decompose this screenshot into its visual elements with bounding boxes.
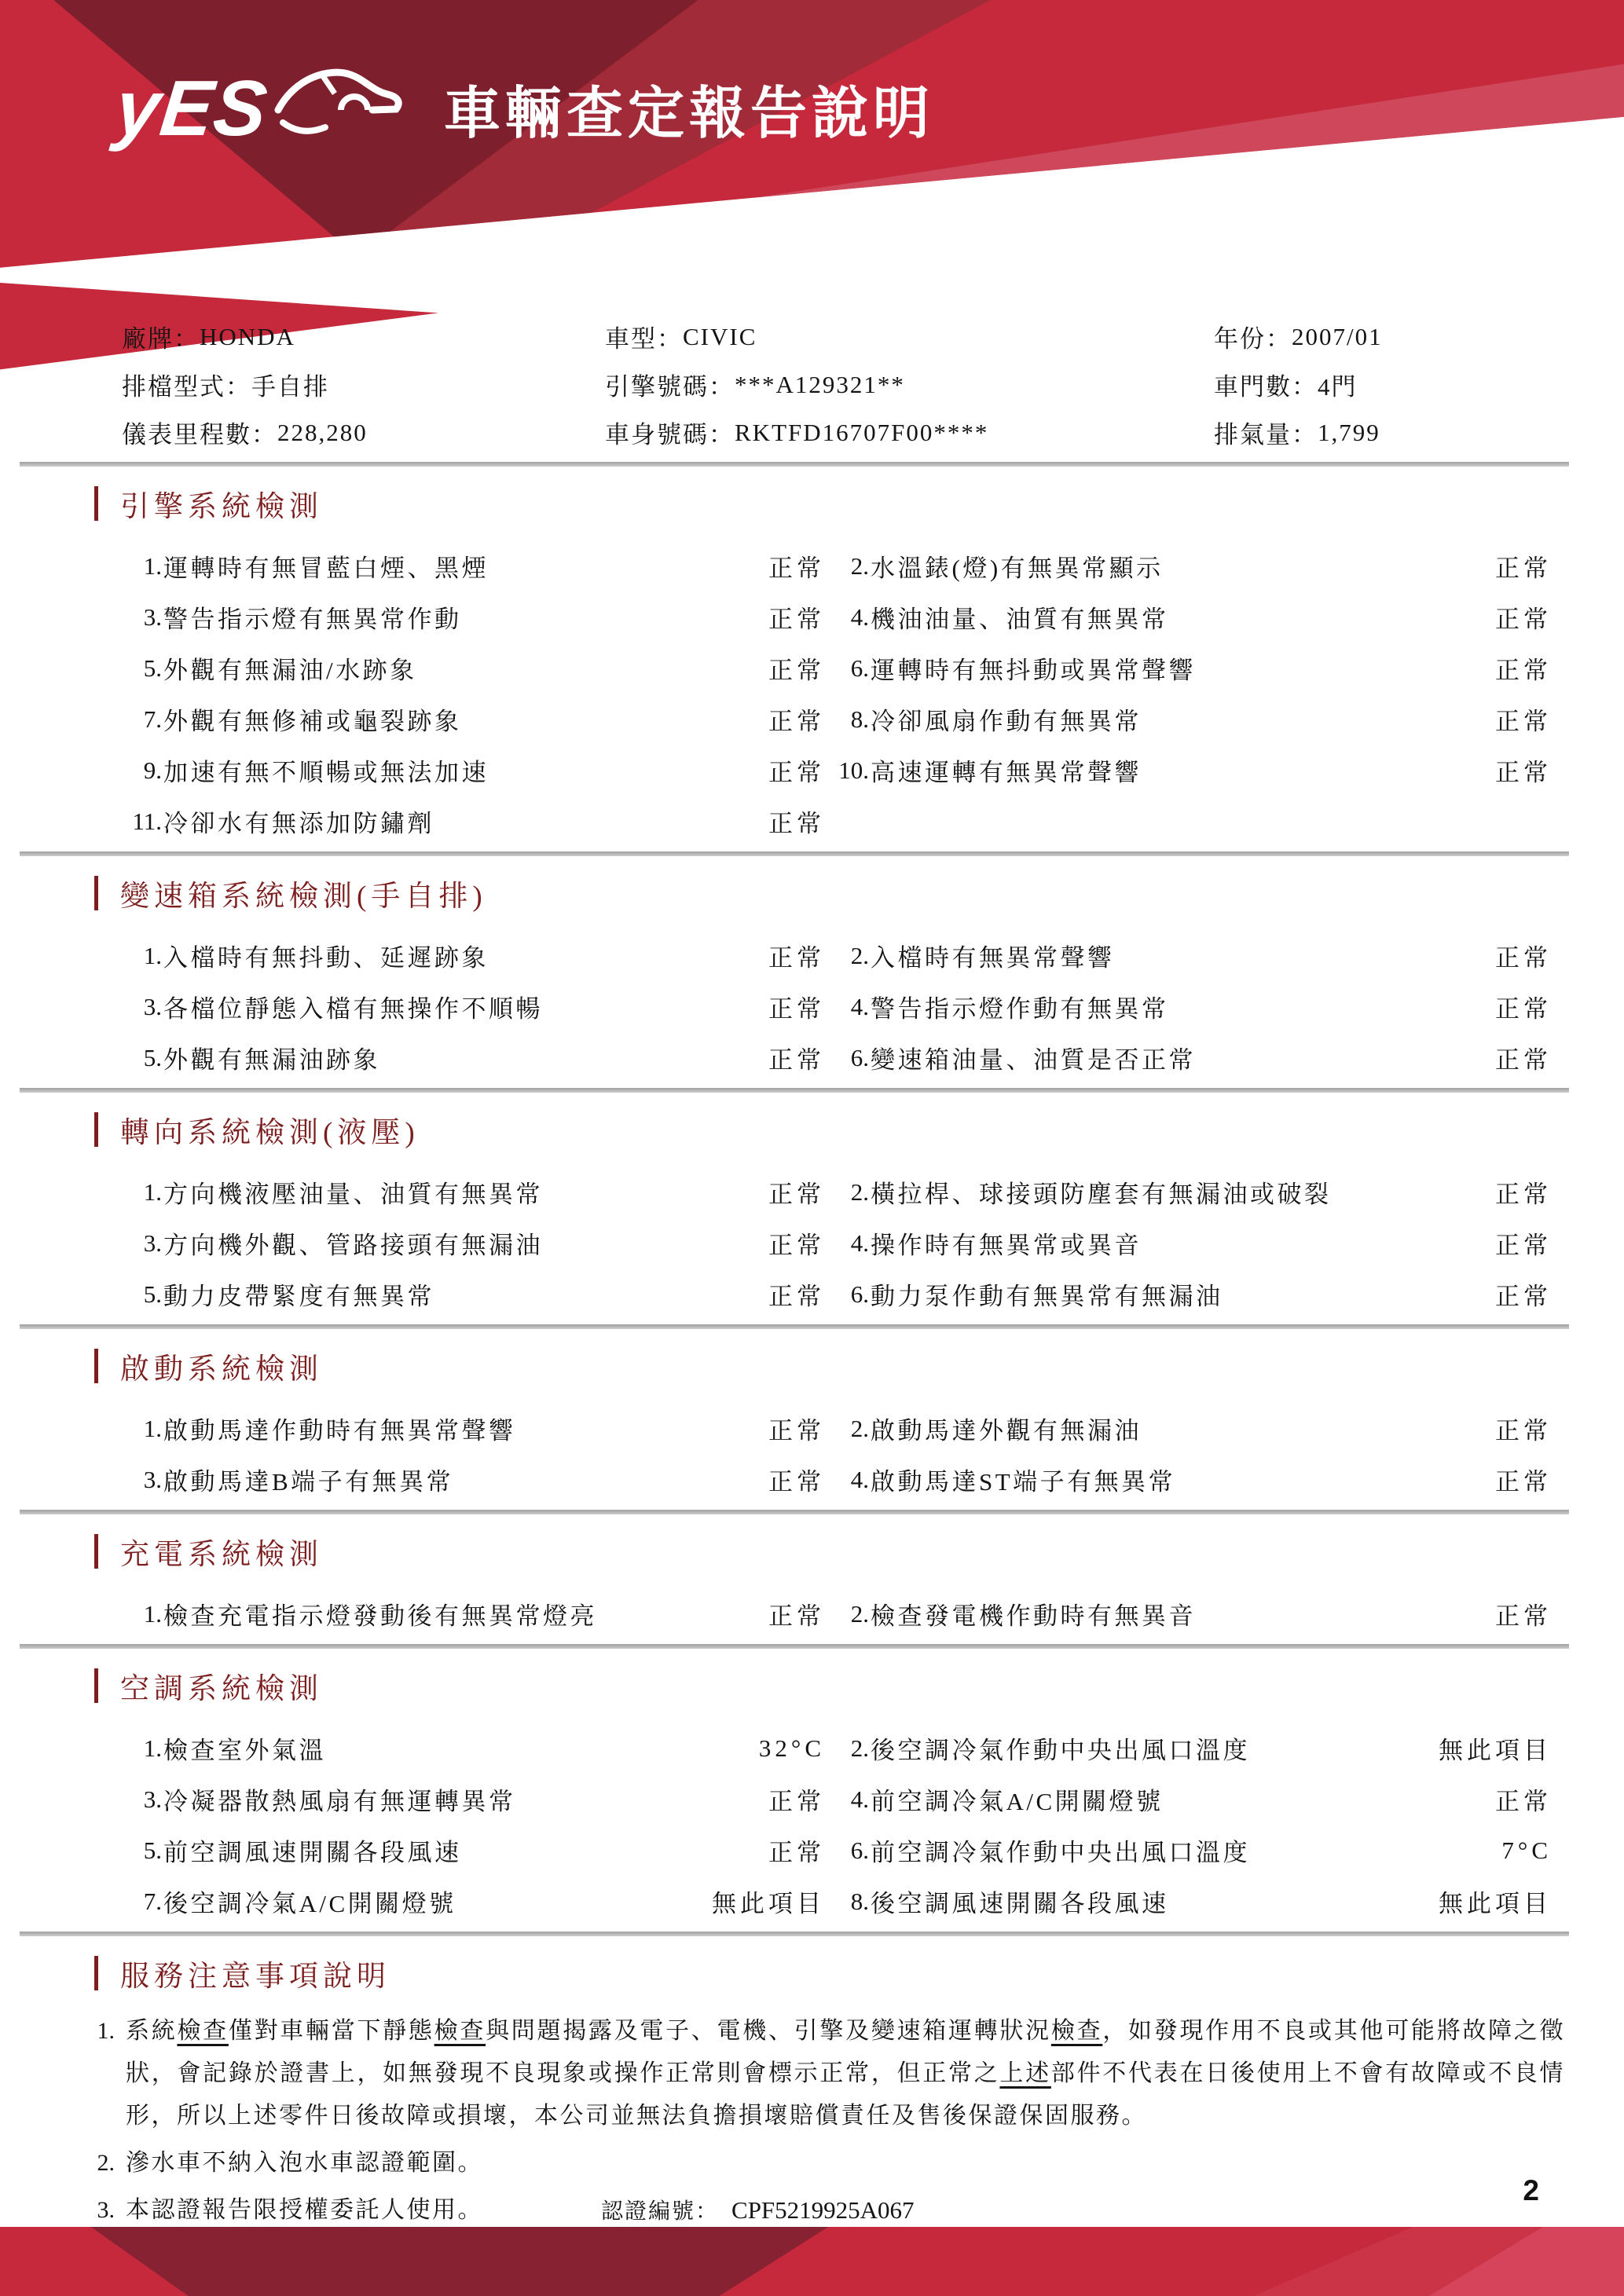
- section-title-bar: [94, 876, 98, 910]
- info-value: 1,799: [1318, 419, 1380, 447]
- check-row: 3.啟動馬達B端子有無異常正常4.啟動馬達ST端子有無異常正常: [118, 1454, 1552, 1505]
- check-item: 2.啟動馬達外觀有無漏油正常: [833, 1411, 1552, 1446]
- check-item-label: 警告指示燈作動有無異常: [869, 989, 1495, 1024]
- check-item-number: 4.: [833, 1466, 869, 1494]
- check-item-number: 9.: [118, 756, 162, 785]
- check-row: 11.冷卻水有無添加防鏽劑正常: [118, 796, 1552, 847]
- check-item: 7.後空調冷氣A/C開關燈號無此項目: [118, 1884, 833, 1919]
- check-item-value: 無此項目: [1439, 1884, 1552, 1919]
- check-row: 9.加速有無不順暢或無法加速正常10.高速運轉有無異常聲響正常: [118, 745, 1552, 796]
- check-item-label: 啟動馬達ST端子有無異常: [869, 1462, 1495, 1497]
- check-item-number: 4.: [833, 1229, 869, 1258]
- check-item: 4.啟動馬達ST端子有無異常正常: [833, 1462, 1552, 1497]
- check-item: 5.前空調風速開關各段風速正常: [118, 1833, 833, 1868]
- check-item-label: 方向機外觀、管路接頭有無漏油: [162, 1225, 768, 1261]
- info-label: 車身號碼：: [605, 415, 735, 450]
- check-item-value: 正常: [1495, 548, 1552, 584]
- check-row: 1.檢查室外氣溫32°C2.後空調冷氣作動中央出風口溫度無此項目: [118, 1723, 1552, 1774]
- vehicle-info-column: 年份：2007/01車門數：4門排氣量：1,799: [1214, 313, 1561, 456]
- check-item: 8.冷卻風扇作動有無異常正常: [833, 701, 1552, 737]
- check-row: 5.外觀有無漏油/水跡象正常6.運轉時有無抖動或異常聲響正常: [118, 643, 1552, 694]
- inspection-section: 充電系統檢測1.檢查充電指示燈發動後有無異常燈亮正常2.檢查發電機作動時有無異音…: [0, 1514, 1624, 1644]
- check-item: 1.入檔時有無抖動、延遲跡象正常: [118, 938, 833, 973]
- note-text: 滲水車不納入泡水車認證範圍。: [126, 2142, 1565, 2184]
- section-header: 引擎系統檢測: [94, 467, 1624, 525]
- check-item-label: 冷凝器散熱風扇有無運轉異常: [162, 1782, 768, 1817]
- inspection-section: 空調系統檢測1.檢查室外氣溫32°C2.後空調冷氣作動中央出風口溫度無此項目3.…: [0, 1649, 1624, 1932]
- check-item: 8.後空調風速開關各段風速無此項目: [833, 1884, 1552, 1919]
- check-item-value: 正常: [1495, 938, 1552, 973]
- check-item-number: 5.: [118, 654, 162, 683]
- check-item-number: 2.: [833, 942, 869, 970]
- vehicle-info-row: 車型：CIVIC: [605, 313, 1214, 361]
- info-value: 228,280: [277, 419, 368, 447]
- check-item-number: 5.: [118, 1280, 162, 1309]
- check-item-label: 冷卻風扇作動有無異常: [869, 701, 1495, 737]
- note-text-segment: 與問題揭露及電子、電機、引擎及變速箱運轉狀況: [486, 2018, 1051, 2044]
- check-item: 1.運轉時有無冒藍白煙、黑煙正常: [118, 548, 833, 584]
- check-row: 5.動力皮帶緊度有無異常正常6.動力泵作動有無異常有無漏油正常: [118, 1269, 1552, 1320]
- check-item-label: 檢查發電機作動時有無異音: [869, 1596, 1495, 1631]
- car-silhouette-icon: [272, 58, 409, 145]
- check-item-number: 6.: [833, 1280, 869, 1309]
- check-item-value: 正常: [1495, 1596, 1552, 1631]
- check-item-label: 外觀有無漏油/水跡象: [162, 650, 768, 686]
- check-item: 3.啟動馬達B端子有無異常正常: [118, 1462, 833, 1497]
- info-label: 引擎號碼：: [605, 367, 735, 402]
- check-item-number: 8.: [833, 1888, 869, 1916]
- check-item-number: 7.: [118, 705, 162, 734]
- info-value: ***A129321**: [735, 371, 905, 399]
- check-item-label: 後空調風速開關各段風速: [869, 1884, 1439, 1919]
- check-item-label: 入檔時有無抖動、延遲跡象: [162, 938, 768, 973]
- check-item: 1.方向機液壓油量、油質有無異常正常: [118, 1174, 833, 1210]
- section-title: 轉向系統檢測(液壓): [120, 1108, 420, 1151]
- check-item-value: 正常: [1495, 1040, 1552, 1075]
- check-item-number: 10.: [833, 756, 869, 785]
- check-row: 5.外觀有無漏油跡象正常6.變速箱油量、油質是否正常正常: [118, 1032, 1552, 1083]
- section-title: 空調系統檢測: [120, 1664, 323, 1707]
- check-item-number: 7.: [118, 1888, 162, 1916]
- check-item-label: 水溫錶(燈)有無異常顯示: [869, 548, 1495, 584]
- note-item: 1.系統檢查僅對車輛當下靜態檢查與問題揭露及電子、電機、引擎及變速箱運轉狀況檢查…: [47, 2010, 1565, 2137]
- section-items: 1.運轉時有無冒藍白煙、黑煙正常2.水溫錶(燈)有無異常顯示正常3.警告指示燈有…: [0, 540, 1624, 851]
- check-item-value: 正常: [1495, 1411, 1552, 1446]
- check-item-label: 動力皮帶緊度有無異常: [162, 1276, 768, 1312]
- check-item: 6.動力泵作動有無異常有無漏油正常: [833, 1276, 1552, 1312]
- info-label: 車型：: [605, 319, 683, 354]
- check-item: 2.橫拉桿、球接頭防塵套有無漏油或破裂正常: [833, 1174, 1552, 1210]
- check-row: 1.方向機液壓油量、油質有無異常正常2.橫拉桿、球接頭防塵套有無漏油或破裂正常: [118, 1166, 1552, 1218]
- check-item-value: 正常: [768, 989, 825, 1024]
- check-item: 5.外觀有無漏油/水跡象正常: [118, 650, 833, 686]
- check-item-label: 橫拉桿、球接頭防塵套有無漏油或破裂: [869, 1174, 1495, 1210]
- check-item-label: 外觀有無漏油跡象: [162, 1040, 768, 1075]
- section-title-bar: [94, 1349, 98, 1383]
- check-item-number: 1.: [118, 1415, 162, 1443]
- check-item: 2.入檔時有無異常聲響正常: [833, 938, 1552, 973]
- check-item-number: 1.: [118, 1178, 162, 1207]
- inspection-section: 啟動系統檢測1.啟動馬達作動時有無異常聲響正常2.啟動馬達外觀有無漏油正常3.啟…: [0, 1329, 1624, 1510]
- note-number: 1.: [47, 2010, 126, 2137]
- info-label: 儀表里程數：: [122, 415, 277, 450]
- check-item-label: 操作時有無異常或異音: [869, 1225, 1495, 1261]
- check-item-number: 2.: [833, 1415, 869, 1443]
- check-item: 6.變速箱油量、油質是否正常正常: [833, 1040, 1552, 1075]
- check-item: 3.各檔位靜態入檔有無操作不順暢正常: [118, 989, 833, 1024]
- check-item-number: 6.: [833, 1836, 869, 1865]
- page-number: 2: [1523, 2174, 1539, 2207]
- info-value: 4門: [1318, 367, 1358, 402]
- check-item: 4.機油油量、油質有無異常正常: [833, 599, 1552, 635]
- inspection-section: 變速箱系統檢測(手自排)1.入檔時有無抖動、延遲跡象正常2.入檔時有無異常聲響正…: [0, 856, 1624, 1088]
- check-item: 4.前空調冷氣A/C開關燈號正常: [833, 1782, 1552, 1817]
- section-header: 啟動系統檢測: [94, 1329, 1624, 1387]
- check-item-value: 正常: [768, 1174, 825, 1210]
- check-item-number: 1.: [118, 942, 162, 970]
- note-text: 系統檢查僅對車輛當下靜態檢查與問題揭露及電子、電機、引擎及變速箱運轉狀況檢查，如…: [126, 2010, 1565, 2137]
- check-item-value: 正常: [1495, 1276, 1552, 1312]
- check-item-label: 運轉時有無抖動或異常聲響: [869, 650, 1495, 686]
- vehicle-info-row: 年份：2007/01: [1214, 313, 1561, 361]
- check-item-value: 正常: [768, 1833, 825, 1868]
- check-row: 3.方向機外觀、管路接頭有無漏油正常4.操作時有無異常或異音正常: [118, 1218, 1552, 1269]
- check-item-value: 正常: [768, 1411, 825, 1446]
- check-row: 3.冷凝器散熱風扇有無運轉異常正常4.前空調冷氣A/C開關燈號正常: [118, 1774, 1552, 1825]
- check-item: 1.檢查室外氣溫32°C: [118, 1730, 833, 1766]
- check-item-number: 1.: [118, 552, 162, 580]
- section-title-bar: [94, 486, 98, 521]
- section-header: 空調系統檢測: [94, 1649, 1624, 1707]
- section-header: 服務注意事項說明: [94, 1936, 1624, 1994]
- check-item-number: 3.: [118, 1785, 162, 1814]
- section-items: 1.檢查充電指示燈發動後有無異常燈亮正常2.檢查發電機作動時有無異音正常: [0, 1588, 1624, 1644]
- check-item: 5.動力皮帶緊度有無異常正常: [118, 1276, 833, 1312]
- vehicle-info-row: 車門數：4門: [1214, 361, 1561, 408]
- check-item-number: 6.: [833, 1044, 869, 1072]
- section-title-bar: [94, 1956, 98, 1990]
- check-item-label: 後空調冷氣A/C開關燈號: [162, 1884, 712, 1919]
- check-item-number: 2.: [833, 1178, 869, 1207]
- check-item: 4.警告指示燈作動有無異常正常: [833, 989, 1552, 1024]
- check-item-value: 正常: [1495, 1174, 1552, 1210]
- check-item-label: 後空調冷氣作動中央出風口溫度: [869, 1730, 1439, 1766]
- vehicle-info-row: 車身號碼：RKTFD16707F00****: [605, 408, 1214, 456]
- note-text-segment: 系統: [126, 2018, 177, 2044]
- check-item: 1.檢查充電指示燈發動後有無異常燈亮正常: [118, 1596, 833, 1631]
- check-item-value: 正常: [768, 1782, 825, 1817]
- check-item-number: 3.: [118, 1229, 162, 1258]
- check-item: 11.冷卻水有無添加防鏽劑正常: [118, 804, 833, 839]
- report-page: yES 車輛查定報告說明 廠牌：HONDA排檔型式：手自排儀表里程數：228,2…: [0, 0, 1624, 2296]
- info-value: 2007/01: [1292, 323, 1383, 351]
- note-item: 2.滲水車不納入泡水車認證範圍。: [47, 2142, 1565, 2184]
- note-number: 2.: [47, 2142, 126, 2184]
- vehicle-info-row: 引擎號碼：***A129321**: [605, 361, 1214, 408]
- section-header: 變速箱系統檢測(手自排): [94, 856, 1624, 914]
- check-item-value: 正常: [768, 1276, 825, 1312]
- check-row: 1.檢查充電指示燈發動後有無異常燈亮正常2.檢查發電機作動時有無異音正常: [118, 1588, 1552, 1639]
- section-header: 轉向系統檢測(液壓): [94, 1093, 1624, 1151]
- check-row: 3.各檔位靜態入檔有無操作不順暢正常4.警告指示燈作動有無異常正常: [118, 981, 1552, 1032]
- section-items: 1.檢查室外氣溫32°C2.後空調冷氣作動中央出風口溫度無此項目3.冷凝器散熱風…: [0, 1723, 1624, 1932]
- check-item-number: 6.: [833, 654, 869, 683]
- check-item: 2.檢查發電機作動時有無異音正常: [833, 1596, 1552, 1631]
- check-item-value: 正常: [1495, 1225, 1552, 1261]
- check-item-number: 1.: [118, 1600, 162, 1628]
- info-value: RKTFD16707F00****: [735, 419, 988, 447]
- check-item-number: 4.: [833, 603, 869, 632]
- check-item-number: 3.: [118, 993, 162, 1021]
- check-item-label: 檢查充電指示燈發動後有無異常燈亮: [162, 1596, 768, 1631]
- section-title-bar: [94, 1112, 98, 1147]
- vehicle-info: 廠牌：HONDA排檔型式：手自排儀表里程數：228,280車型：CIVIC引擎號…: [122, 313, 1561, 456]
- check-item-label: 外觀有無修補或龜裂跡象: [162, 701, 768, 737]
- section-title: 服務注意事項說明: [120, 1952, 390, 1994]
- check-item-label: 警告指示燈有無異常作動: [162, 599, 768, 635]
- check-item-label: 運轉時有無冒藍白煙、黑煙: [162, 548, 768, 584]
- check-item-label: 啟動馬達外觀有無漏油: [869, 1411, 1495, 1446]
- inspection-section: 引擎系統檢測1.運轉時有無冒藍白煙、黑煙正常2.水溫錶(燈)有無異常顯示正常3.…: [0, 467, 1624, 851]
- check-item-label: 冷卻水有無添加防鏽劑: [162, 804, 768, 839]
- vehicle-info-column: 廠牌：HONDA排檔型式：手自排儀表里程數：228,280: [122, 313, 605, 456]
- check-item-number: 2.: [833, 552, 869, 580]
- check-item-value: 正常: [768, 650, 825, 686]
- check-item-value: 正常: [768, 599, 825, 635]
- check-item-number: 4.: [833, 1785, 869, 1814]
- vehicle-info-row: 排氣量：1,799: [1214, 408, 1561, 456]
- check-item-number: 5.: [118, 1044, 162, 1072]
- report-content: 引擎系統檢測1.運轉時有無冒藍白煙、黑煙正常2.水溫錶(燈)有無異常顯示正常3.…: [0, 462, 1624, 2240]
- check-item-value: 32°C: [759, 1734, 825, 1763]
- check-item-label: 檢查室外氣溫: [162, 1730, 759, 1766]
- check-item-label: 前空調冷氣A/C開關燈號: [869, 1782, 1495, 1817]
- info-label: 車門數：: [1214, 367, 1318, 402]
- check-item-value: 正常: [1495, 701, 1552, 737]
- check-item-label: 入檔時有無異常聲響: [869, 938, 1495, 973]
- check-item-value: 正常: [1495, 650, 1552, 686]
- section-header: 充電系統檢測: [94, 1514, 1624, 1573]
- section-title: 啟動系統檢測: [120, 1345, 323, 1387]
- check-item: 4.操作時有無異常或異音正常: [833, 1225, 1552, 1261]
- check-item-value: 無此項目: [1439, 1730, 1552, 1766]
- info-value: 手自排: [251, 367, 329, 402]
- check-item-value: 正常: [768, 1040, 825, 1075]
- brand-block: yES 車輛查定報告說明: [116, 68, 934, 149]
- note-text-segment: 上述: [999, 2060, 1050, 2086]
- check-item-value: 正常: [1495, 1462, 1552, 1497]
- info-label: 排檔型式：: [122, 367, 251, 402]
- check-item: 1.啟動馬達作動時有無異常聲響正常: [118, 1411, 833, 1446]
- section-title: 變速箱系統檢測(手自排): [120, 872, 487, 914]
- check-item: 6.前空調冷氣作動中央出風口溫度7°C: [833, 1833, 1552, 1868]
- check-item-value: 正常: [1495, 1782, 1552, 1817]
- check-item-value: 正常: [768, 1225, 825, 1261]
- check-item-value: 正常: [768, 753, 825, 788]
- info-label: 廠牌：: [122, 319, 200, 354]
- section-items: 1.啟動馬達作動時有無異常聲響正常2.啟動馬達外觀有無漏油正常3.啟動馬達B端子…: [0, 1403, 1624, 1510]
- check-item-label: 啟動馬達作動時有無異常聲響: [162, 1411, 768, 1446]
- check-item-value: 正常: [1495, 753, 1552, 788]
- check-item-number: 11.: [118, 807, 162, 836]
- info-label: 年份：: [1214, 319, 1292, 354]
- check-item-value: 正常: [768, 1596, 825, 1631]
- section-items: 1.方向機液壓油量、油質有無異常正常2.橫拉桿、球接頭防塵套有無漏油或破裂正常3…: [0, 1166, 1624, 1324]
- check-item-label: 變速箱油量、油質是否正常: [869, 1040, 1495, 1075]
- check-item: 3.方向機外觀、管路接頭有無漏油正常: [118, 1225, 833, 1261]
- check-item-number: 4.: [833, 993, 869, 1021]
- note-text-segment: 檢查: [177, 2018, 228, 2044]
- check-item: 3.警告指示燈有無異常作動正常: [118, 599, 833, 635]
- check-item-value: 正常: [1495, 989, 1552, 1024]
- check-item-number: 2.: [833, 1734, 869, 1763]
- check-item-number: 8.: [833, 705, 869, 734]
- check-row: 1.運轉時有無冒藍白煙、黑煙正常2.水溫錶(燈)有無異常顯示正常: [118, 540, 1552, 591]
- check-item-label: 動力泵作動有無異常有無漏油: [869, 1276, 1495, 1312]
- vehicle-info-row: 廠牌：HONDA: [122, 313, 605, 361]
- service-notes-section: 服務注意事項說明1.系統檢查僅對車輛當下靜態檢查與問題揭露及電子、電機、引擎及變…: [0, 1936, 1624, 2236]
- info-value: HONDA: [200, 323, 295, 351]
- check-item-label: 加速有無不順暢或無法加速: [162, 753, 768, 788]
- check-item-value: 無此項目: [712, 1884, 825, 1919]
- note-text-segment: 僅對車輛當下靜態: [229, 2018, 434, 2044]
- check-item-value: 正常: [768, 548, 825, 584]
- check-item-label: 啟動馬達B端子有無異常: [162, 1462, 768, 1497]
- check-item: 2.水溫錶(燈)有無異常顯示正常: [833, 548, 1552, 584]
- check-item: 7.外觀有無修補或龜裂跡象正常: [118, 701, 833, 737]
- check-item: 6.運轉時有無抖動或異常聲響正常: [833, 650, 1552, 686]
- check-item-label: 前空調冷氣作動中央出風口溫度: [869, 1833, 1501, 1868]
- check-item: 10.高速運轉有無異常聲響正常: [833, 753, 1552, 788]
- inspection-section: 轉向系統檢測(液壓)1.方向機液壓油量、油質有無異常正常2.橫拉桿、球接頭防塵套…: [0, 1093, 1624, 1324]
- check-item-label: 高速運轉有無異常聲響: [869, 753, 1495, 788]
- info-label: 排氣量：: [1214, 415, 1318, 450]
- check-row: 3.警告指示燈有無異常作動正常4.機油油量、油質有無異常正常: [118, 591, 1552, 643]
- page-title: 車輛查定報告說明: [444, 68, 934, 149]
- check-row: 1.入檔時有無抖動、延遲跡象正常2.入檔時有無異常聲響正常: [118, 930, 1552, 981]
- section-items: 1.入檔時有無抖動、延遲跡象正常2.入檔時有無異常聲響正常3.各檔位靜態入檔有無…: [0, 930, 1624, 1088]
- check-item-number: 3.: [118, 603, 162, 632]
- check-item-value: 正常: [768, 1462, 825, 1497]
- vehicle-info-row: 排檔型式：手自排: [122, 361, 605, 408]
- check-item-label: 機油油量、油質有無異常: [869, 599, 1495, 635]
- vehicle-info-column: 車型：CIVIC引擎號碼：***A129321**車身號碼：RKTFD16707…: [605, 313, 1214, 456]
- check-row: 1.啟動馬達作動時有無異常聲響正常2.啟動馬達外觀有無漏油正常: [118, 1403, 1552, 1454]
- check-item-number: 5.: [118, 1836, 162, 1865]
- check-item-number: 3.: [118, 1466, 162, 1494]
- check-row: 7.後空調冷氣A/C開關燈號無此項目8.後空調風速開關各段風速無此項目: [118, 1876, 1552, 1927]
- info-value: CIVIC: [683, 323, 757, 351]
- footer-banner: [0, 2227, 1624, 2296]
- check-item-value: 正常: [1495, 599, 1552, 635]
- check-item-number: 2.: [833, 1600, 869, 1628]
- check-item-label: 方向機液壓油量、油質有無異常: [162, 1174, 768, 1210]
- section-title: 引擎系統檢測: [120, 482, 323, 525]
- check-item-value: 正常: [768, 804, 825, 839]
- vehicle-info-row: 儀表里程數：228,280: [122, 408, 605, 456]
- check-item-value: 正常: [768, 938, 825, 973]
- check-row: 5.前空調風速開關各段風速正常6.前空調冷氣作動中央出風口溫度7°C: [118, 1825, 1552, 1876]
- section-title: 充電系統檢測: [120, 1530, 323, 1573]
- check-item: 5.外觀有無漏油跡象正常: [118, 1040, 833, 1075]
- service-notes-body: 1.系統檢查僅對車輛當下靜態檢查與問題揭露及電子、電機、引擎及變速箱運轉狀況檢查…: [47, 2010, 1565, 2236]
- section-title-bar: [94, 1668, 98, 1703]
- yes-logo: yES: [112, 69, 272, 148]
- check-item-label: 前空調風速開關各段風速: [162, 1833, 768, 1868]
- section-title-bar: [94, 1534, 98, 1569]
- check-item-label: 各檔位靜態入檔有無操作不順暢: [162, 989, 768, 1024]
- check-item: 9.加速有無不順暢或無法加速正常: [118, 753, 833, 788]
- check-row: 7.外觀有無修補或龜裂跡象正常8.冷卻風扇作動有無異常正常: [118, 694, 1552, 745]
- check-item-number: 1.: [118, 1734, 162, 1763]
- check-item: 2.後空調冷氣作動中央出風口溫度無此項目: [833, 1730, 1552, 1766]
- note-text-segment: 檢查: [434, 2018, 486, 2044]
- check-item-value: 正常: [768, 701, 825, 737]
- note-text-segment: 檢查: [1051, 2018, 1102, 2044]
- check-item-value: 7°C: [1501, 1836, 1552, 1865]
- check-item: 3.冷凝器散熱風扇有無運轉異常正常: [118, 1782, 833, 1817]
